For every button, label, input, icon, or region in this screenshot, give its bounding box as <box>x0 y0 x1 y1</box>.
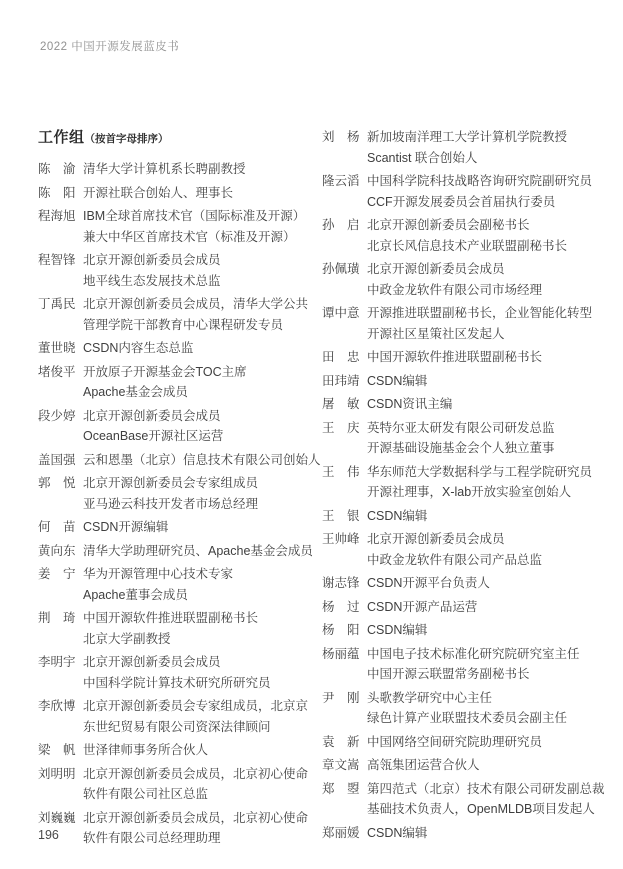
member-role-line: CSDN编辑 <box>367 620 612 641</box>
member-role-line: 开源社理事，X-lab开放实验室创始人 <box>367 482 612 503</box>
member-entry: 李欣博北京开源创新委员会专家组成员，北京京东世纪贸易有限公司资深法律顾问 <box>38 696 314 737</box>
member-role: 北京开源创新委员会成员OceanBase开源社区运营 <box>83 406 314 447</box>
member-role-line: CCF开源发展委员会首届执行委员 <box>367 192 612 213</box>
member-role: CSDN编辑 <box>367 371 612 392</box>
member-role: 开放原子开源基金会TOC主席Apache基金会成员 <box>83 362 314 403</box>
member-list-right: 刘 杨新加坡南洋理工大学计算机学院教授Scantist 联合创始人隆云滔中国科学… <box>322 127 612 843</box>
member-entry: 杨 过CSDN开源产品运营 <box>322 597 612 618</box>
document-page: 2022 中国开源发展蓝皮书 工作组（按首字母排序） 陈 渝清华大学计算机系长聘… <box>0 0 623 869</box>
member-role: 北京开源创新委员会成员地平线生态发展技术总监 <box>83 250 314 291</box>
member-role-line: OceanBase开源社区运营 <box>83 426 314 447</box>
member-name: 陈 渝 <box>38 159 76 180</box>
member-role-line: 英特尔亚太研发有限公司研发总监 <box>367 418 612 439</box>
member-role: 北京开源创新委员会成员，清华大学公共管理学院干部教育中心课程研发专员 <box>83 294 314 335</box>
member-role-line: 中国网络空间研究院助理研究员 <box>367 732 612 753</box>
member-role-line: 中政金龙软件有限公司产品总监 <box>367 550 612 571</box>
member-entry: 郑丽媛CSDN编辑 <box>322 823 612 844</box>
member-name: 隆云滔 <box>322 171 360 192</box>
member-role: CSDN编辑 <box>367 620 612 641</box>
member-role: CSDN编辑 <box>367 506 612 527</box>
member-entry: 黄向东清华大学助理研究员、Apache基金会成员 <box>38 541 314 562</box>
member-entry: 杨丽蕴中国电子技术标准化研究院研究室主任中国开源云联盟常务副秘书长 <box>322 644 612 685</box>
member-entry: 程智锋北京开源创新委员会成员地平线生态发展技术总监 <box>38 250 314 291</box>
member-role-line: 北京开源创新委员会成员 <box>83 652 314 673</box>
member-role-line: 北京开源创新委员会专家组成员，北京京 <box>83 696 314 717</box>
member-role-line: 高瓴集团运营合伙人 <box>367 755 612 776</box>
member-role: CSDN开源编辑 <box>83 517 314 538</box>
member-role-line: 基础技术负责人，OpenMLDB项目发起人 <box>367 799 612 820</box>
member-role: CSDN编辑 <box>367 823 612 844</box>
member-entry: 何 苗CSDN开源编辑 <box>38 517 314 538</box>
member-role-line: Scantist 联合创始人 <box>367 148 612 169</box>
member-role: 北京开源创新委员会专家组成员，北京京东世纪贸易有限公司资深法律顾问 <box>83 696 314 737</box>
member-name: 章文嵩 <box>322 755 360 776</box>
member-entry: 谢志锋CSDN开源平台负责人 <box>322 573 612 594</box>
member-name: 袁 新 <box>322 732 360 753</box>
member-role-line: 开源基础设施基金会个人独立董事 <box>367 438 612 459</box>
member-name: 杨丽蕴 <box>322 644 360 665</box>
member-entry: 段少婷北京开源创新委员会成员OceanBase开源社区运营 <box>38 406 314 447</box>
member-role-line: 头歌教学研究中心主任 <box>367 688 612 709</box>
member-entry: 王 庆英特尔亚太研发有限公司研发总监开源基础设施基金会个人独立董事 <box>322 418 612 459</box>
member-name: 王帅峰 <box>322 529 360 550</box>
member-role-line: CSDN编辑 <box>367 823 612 844</box>
member-role-line: 东世纪贸易有限公司资深法律顾问 <box>83 717 314 738</box>
member-entry: 隆云滔中国科学院科技战略咨询研究院副研究员CCF开源发展委员会首届执行委员 <box>322 171 612 212</box>
member-role-line: 开放原子开源基金会TOC主席 <box>83 362 314 383</box>
member-entry: 尹 刚头歌教学研究中心主任绿色计算产业联盟技术委员会副主任 <box>322 688 612 729</box>
member-entry: 孙佩璜北京开源创新委员会成员中政金龙软件有限公司市场经理 <box>322 259 612 300</box>
member-role: 北京开源创新委员会专家组成员亚马逊云科技开发者市场总经理 <box>83 473 314 514</box>
member-role: 北京开源创新委员会成员，北京初心使命软件有限公司社区总监 <box>83 764 314 805</box>
member-role-line: 华为开源管理中心技术专家 <box>83 564 314 585</box>
member-role-line: 北京开源创新委员会副秘书长 <box>367 215 612 236</box>
member-name: 堵俊平 <box>38 362 76 383</box>
member-name: 王 庆 <box>322 418 360 439</box>
section-title: 工作组 <box>38 129 85 146</box>
member-role-line: 第四范式（北京）技术有限公司研发副总裁 <box>367 779 612 800</box>
member-role: 开源社联合创始人、理事长 <box>83 183 314 204</box>
member-role: 北京开源创新委员会成员中国科学院计算技术研究所研究员 <box>83 652 314 693</box>
member-entry: 李明宇北京开源创新委员会成员中国科学院计算技术研究所研究员 <box>38 652 314 693</box>
member-role: 北京开源创新委员会成员中政金龙软件有限公司产品总监 <box>367 529 612 570</box>
member-name: 刘巍巍 <box>38 808 76 829</box>
member-entry: 章文嵩高瓴集团运营合伙人 <box>322 755 612 776</box>
member-role-line: 世泽律师事务所合伙人 <box>83 740 314 761</box>
member-role-line: 开源推进联盟副秘书长，企业智能化转型 <box>367 303 612 324</box>
member-role-line: CSDN开源产品运营 <box>367 597 612 618</box>
member-role-line: 清华大学助理研究员、Apache基金会成员 <box>83 541 314 562</box>
member-role: 中国电子技术标准化研究院研究室主任中国开源云联盟常务副秘书长 <box>367 644 612 685</box>
member-role-line: 中国科学院科技战略咨询研究院副研究员 <box>367 171 612 192</box>
member-role-line: 中国科学院计算技术研究所研究员 <box>83 673 314 694</box>
member-role: 中国科学院科技战略咨询研究院副研究员CCF开源发展委员会首届执行委员 <box>367 171 612 212</box>
member-name: 郑丽媛 <box>322 823 360 844</box>
member-name: 何 苗 <box>38 517 76 538</box>
member-entry: 姜 宁华为开源管理中心技术专家Apache董事会成员 <box>38 564 314 605</box>
member-entry: 屠 敏CSDN资讯主编 <box>322 394 612 415</box>
member-role-line: 亚马逊云科技开发者市场总经理 <box>83 494 314 515</box>
member-name: 黄向东 <box>38 541 76 562</box>
member-role-line: 北京开源创新委员会成员 <box>83 406 314 427</box>
member-entry: 盖国强云和恩墨（北京）信息技术有限公司创始人 <box>38 450 314 471</box>
member-entry: 刘 杨新加坡南洋理工大学计算机学院教授Scantist 联合创始人 <box>322 127 612 168</box>
member-entry: 王 银CSDN编辑 <box>322 506 612 527</box>
member-role-line: 云和恩墨（北京）信息技术有限公司创始人 <box>83 450 321 471</box>
member-name: 丁禹民 <box>38 294 76 315</box>
member-role: 北京开源创新委员会成员中政金龙软件有限公司市场经理 <box>367 259 612 300</box>
member-role: CSDN开源平台负责人 <box>367 573 612 594</box>
member-name: 姜 宁 <box>38 564 76 585</box>
member-role-line: 北京大学副教授 <box>83 629 314 650</box>
member-entry: 田 忠中国开源软件推进联盟副秘书长 <box>322 347 612 368</box>
member-role-line: 开源社区星策社区发起人 <box>367 324 612 345</box>
member-role-line: 北京开源创新委员会专家组成员 <box>83 473 314 494</box>
member-role: 第四范式（北京）技术有限公司研发副总裁基础技术负责人，OpenMLDB项目发起人 <box>367 779 612 820</box>
member-entry: 田玮靖CSDN编辑 <box>322 371 612 392</box>
member-entry: 陈 阳开源社联合创始人、理事长 <box>38 183 314 204</box>
member-role-line: 清华大学计算机系长聘副教授 <box>83 159 314 180</box>
member-entry: 堵俊平开放原子开源基金会TOC主席Apache基金会成员 <box>38 362 314 403</box>
member-name: 刘明明 <box>38 764 76 785</box>
member-entry: 梁 帆世泽律师事务所合伙人 <box>38 740 314 761</box>
member-name: 盖国强 <box>38 450 76 471</box>
member-name: 段少婷 <box>38 406 76 427</box>
member-role: IBM全球首席技术官（国际标准及开源）兼大中华区首席技术官（标准及开源） <box>83 206 314 247</box>
member-role: 北京开源创新委员会成员，北京初心使命软件有限公司总经理助理 <box>83 808 314 849</box>
member-entry: 王帅峰北京开源创新委员会成员中政金龙软件有限公司产品总监 <box>322 529 612 570</box>
member-role: 世泽律师事务所合伙人 <box>83 740 314 761</box>
member-entry: 郭 悦北京开源创新委员会专家组成员亚马逊云科技开发者市场总经理 <box>38 473 314 514</box>
member-entry: 袁 新中国网络空间研究院助理研究员 <box>322 732 612 753</box>
member-role-line: 中国开源软件推进联盟副秘书长 <box>367 347 612 368</box>
member-role: 中国开源软件推进联盟副秘书长 <box>367 347 612 368</box>
member-role: 新加坡南洋理工大学计算机学院教授Scantist 联合创始人 <box>367 127 612 168</box>
member-role: CSDN资讯主编 <box>367 394 612 415</box>
member-name: 田玮靖 <box>322 371 360 392</box>
member-entry: 刘巍巍北京开源创新委员会成员，北京初心使命软件有限公司总经理助理 <box>38 808 314 849</box>
member-list-left: 陈 渝清华大学计算机系长聘副教授陈 阳开源社联合创始人、理事长程海旭IBM全球首… <box>38 159 314 849</box>
member-role: 清华大学计算机系长聘副教授 <box>83 159 314 180</box>
member-name: 田 忠 <box>322 347 360 368</box>
member-entry: 刘明明北京开源创新委员会成员，北京初心使命软件有限公司社区总监 <box>38 764 314 805</box>
member-entry: 郑 曌第四范式（北京）技术有限公司研发副总裁基础技术负责人，OpenMLDB项目… <box>322 779 612 820</box>
member-role: 高瓴集团运营合伙人 <box>367 755 612 776</box>
member-name: 陈 阳 <box>38 183 76 204</box>
member-role-line: 北京开源创新委员会成员，清华大学公共 <box>83 294 314 315</box>
page-number: 196 <box>38 828 59 842</box>
member-role: 清华大学助理研究员、Apache基金会成员 <box>83 541 314 562</box>
member-name: 屠 敏 <box>322 394 360 415</box>
member-role-line: CSDN开源编辑 <box>83 517 314 538</box>
member-entry: 董世晓CSDN内容生态总监 <box>38 338 314 359</box>
member-role: CSDN内容生态总监 <box>83 338 314 359</box>
member-name: 王 伟 <box>322 462 360 483</box>
member-name: 董世晓 <box>38 338 76 359</box>
member-role-line: 北京开源创新委员会成员 <box>83 250 314 271</box>
member-role-line: CSDN编辑 <box>367 506 612 527</box>
member-role-line: 新加坡南洋理工大学计算机学院教授 <box>367 127 612 148</box>
member-entry: 王 伟华东师范大学数据科学与工程学院研究员开源社理事，X-lab开放实验室创始人 <box>322 462 612 503</box>
member-role-line: Apache基金会成员 <box>83 382 314 403</box>
member-entry: 丁禹民北京开源创新委员会成员，清华大学公共管理学院干部教育中心课程研发专员 <box>38 294 314 335</box>
member-role-line: 中国开源云联盟常务副秘书长 <box>367 664 612 685</box>
member-name: 荆 琦 <box>38 608 76 629</box>
member-role-line: 中政金龙软件有限公司市场经理 <box>367 280 612 301</box>
member-role: 北京开源创新委员会副秘书长北京长风信息技术产业联盟副秘书长 <box>367 215 612 256</box>
member-role: 开源推进联盟副秘书长，企业智能化转型开源社区星策社区发起人 <box>367 303 612 344</box>
member-name: 梁 帆 <box>38 740 76 761</box>
member-role-line: CSDN开源平台负责人 <box>367 573 612 594</box>
member-role-line: CSDN编辑 <box>367 371 612 392</box>
member-role: 中国网络空间研究院助理研究员 <box>367 732 612 753</box>
member-role-line: 北京开源创新委员会成员 <box>367 529 612 550</box>
member-name: 李欣博 <box>38 696 76 717</box>
section-heading: 工作组（按首字母排序） <box>38 126 314 147</box>
member-name: 刘 杨 <box>322 127 360 148</box>
member-entry: 荆 琦中国开源软件推进联盟副秘书长北京大学副教授 <box>38 608 314 649</box>
member-name: 程智锋 <box>38 250 76 271</box>
section-subtitle: （按首字母排序） <box>85 133 169 145</box>
running-header: 2022 中国开源发展蓝皮书 <box>40 38 179 54</box>
member-name: 尹 刚 <box>322 688 360 709</box>
member-role-line: CSDN内容生态总监 <box>83 338 314 359</box>
member-role: 中国开源软件推进联盟副秘书长北京大学副教授 <box>83 608 314 649</box>
member-role-line: 中国电子技术标准化研究院研究室主任 <box>367 644 612 665</box>
member-name: 谭中意 <box>322 303 360 324</box>
member-role-line: CSDN资讯主编 <box>367 394 612 415</box>
column-right: 刘 杨新加坡南洋理工大学计算机学院教授Scantist 联合创始人隆云滔中国科学… <box>322 127 612 846</box>
member-role: 头歌教学研究中心主任绿色计算产业联盟技术委员会副主任 <box>367 688 612 729</box>
member-role: CSDN开源产品运营 <box>367 597 612 618</box>
member-role-line: IBM全球首席技术官（国际标准及开源） <box>83 206 314 227</box>
member-entry: 谭中意开源推进联盟副秘书长，企业智能化转型开源社区星策社区发起人 <box>322 303 612 344</box>
member-role-line: 绿色计算产业联盟技术委员会副主任 <box>367 708 612 729</box>
member-role-line: 软件有限公司社区总监 <box>83 784 314 805</box>
member-name: 李明宇 <box>38 652 76 673</box>
member-role-line: 开源社联合创始人、理事长 <box>83 183 314 204</box>
member-role-line: 北京开源创新委员会成员 <box>367 259 612 280</box>
member-role-line: 华东师范大学数据科学与工程学院研究员 <box>367 462 612 483</box>
member-name: 王 银 <box>322 506 360 527</box>
member-role-line: 北京开源创新委员会成员，北京初心使命 <box>83 808 314 829</box>
member-role-line: Apache董事会成员 <box>83 585 314 606</box>
member-role-line: 地平线生态发展技术总监 <box>83 271 314 292</box>
member-name: 谢志锋 <box>322 573 360 594</box>
member-name: 孙佩璜 <box>322 259 360 280</box>
member-role-line: 兼大中华区首席技术官（标准及开源） <box>83 227 314 248</box>
member-entry: 孙 启北京开源创新委员会副秘书长北京长风信息技术产业联盟副秘书长 <box>322 215 612 256</box>
member-role-line: 中国开源软件推进联盟副秘书长 <box>83 608 314 629</box>
member-role-line: 北京开源创新委员会成员，北京初心使命 <box>83 764 314 785</box>
member-role: 英特尔亚太研发有限公司研发总监开源基础设施基金会个人独立董事 <box>367 418 612 459</box>
member-name: 郭 悦 <box>38 473 76 494</box>
member-name: 杨 过 <box>322 597 360 618</box>
member-role-line: 管理学院干部教育中心课程研发专员 <box>83 315 314 336</box>
member-role-line: 北京长风信息技术产业联盟副秘书长 <box>367 236 612 257</box>
member-entry: 陈 渝清华大学计算机系长聘副教授 <box>38 159 314 180</box>
member-role-line: 软件有限公司总经理助理 <box>83 828 314 849</box>
member-name: 程海旭 <box>38 206 76 227</box>
member-name: 孙 启 <box>322 215 360 236</box>
member-entry: 程海旭IBM全球首席技术官（国际标准及开源）兼大中华区首席技术官（标准及开源） <box>38 206 314 247</box>
column-left: 工作组（按首字母排序） 陈 渝清华大学计算机系长聘副教授陈 阳开源社联合创始人、… <box>38 126 314 852</box>
member-name: 郑 曌 <box>322 779 360 800</box>
member-role: 华东师范大学数据科学与工程学院研究员开源社理事，X-lab开放实验室创始人 <box>367 462 612 503</box>
member-role: 华为开源管理中心技术专家Apache董事会成员 <box>83 564 314 605</box>
member-role: 云和恩墨（北京）信息技术有限公司创始人 <box>83 450 321 471</box>
member-entry: 杨 阳CSDN编辑 <box>322 620 612 641</box>
member-name: 杨 阳 <box>322 620 360 641</box>
